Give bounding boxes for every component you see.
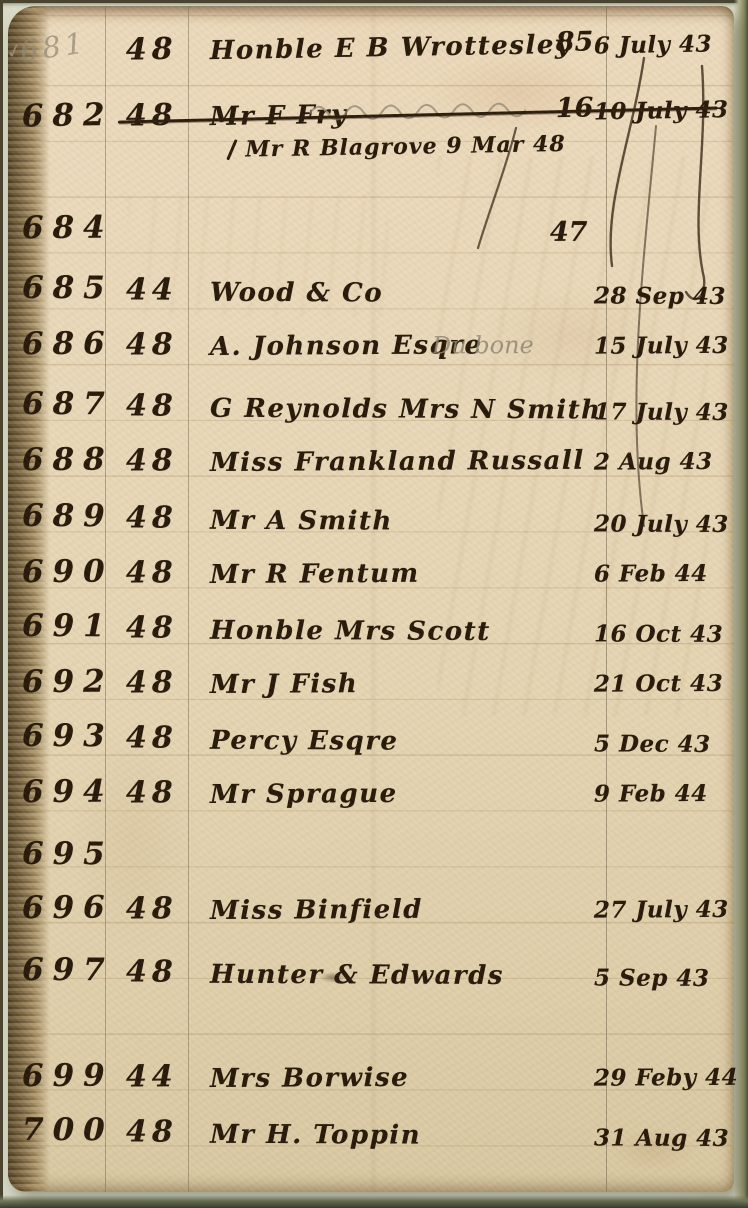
entry-date: 27 July 43: [594, 896, 729, 924]
client-name: Hunter & Edwards: [210, 960, 504, 991]
entry-date: 16 Oct 43: [594, 620, 723, 648]
entry-date: 15 July 43: [594, 332, 729, 360]
fee-value: 48: [126, 775, 178, 810]
entry-number: 687: [22, 386, 114, 422]
entry-number: 693: [22, 718, 114, 754]
pencil-annotation: Du bone: [432, 331, 534, 360]
fee-value: 48: [126, 443, 178, 478]
ledger-row: 69248Mr J Fish21 Oct 43: [8, 660, 732, 722]
fee-value: 48: [126, 327, 178, 362]
fee-value: 48: [126, 555, 178, 590]
client-name: Mr Sprague: [210, 779, 398, 810]
entry-date: 6 July 43: [594, 30, 713, 59]
amount-value: 85: [555, 26, 593, 58]
ledger-row: 70048Mr H. Toppin31 Aug 43: [8, 1112, 732, 1173]
entry-date: 9 Feb 44: [594, 780, 708, 808]
client-name: G Reynolds Mrs N Smith: [210, 394, 602, 426]
entry-number: 682: [21, 97, 113, 135]
entry-number: 692: [22, 664, 114, 701]
ledger-row: 69048Mr R Fentum6 Feb 44: [8, 550, 732, 612]
fee-value: 48: [126, 891, 178, 926]
client-name: Percy Esqre: [210, 726, 399, 757]
fee-value: 48: [126, 610, 178, 645]
entry-date: 28 Sep 43: [594, 282, 726, 310]
entry-number: 685: [22, 270, 114, 306]
entry-date: 6 Feb 44: [594, 560, 708, 588]
client-name: Honble E B Wrottesley: [210, 30, 572, 66]
entry-date: 21 Oct 43: [594, 670, 723, 698]
inserted-entry: Mr R Blagrove 9 Mar 48: [230, 131, 566, 163]
ledger-row: 68447: [8, 206, 732, 268]
ledger-row: ✓68148Honble E B Wrottesley856 July 43: [7, 20, 732, 91]
photo-bottom-edge: [0, 1195, 748, 1208]
photo-right-edge: [734, 0, 748, 1208]
entry-number: 690: [22, 554, 114, 591]
entry-number: 700: [22, 1112, 114, 1148]
entry-date: 29 Feby 44: [594, 1064, 738, 1092]
ledger-row: 68848Miss Frankland Russall2 Aug 43: [8, 438, 732, 500]
entry-date: 5 Sep 43: [594, 964, 709, 992]
fee-value: 48: [126, 500, 178, 535]
client-name: Wood & Co: [210, 278, 383, 309]
fee-value: 48: [126, 954, 178, 989]
ledger-page: ✓68148Honble E B Wrottesley856 July 4368…: [8, 6, 734, 1192]
ledger-row: 69648Miss Binfield27 July 43: [8, 886, 732, 948]
client-name: Mr R Fentum: [210, 559, 420, 590]
entry-date: 31 Aug 43: [594, 1124, 729, 1152]
pencil-scribble: [308, 93, 540, 123]
entry-number: 697: [22, 952, 114, 988]
entry-date: 20 July 43: [594, 510, 729, 538]
amount-note: 47: [550, 217, 588, 248]
entry-number: 688: [22, 442, 114, 479]
fee-value: 44: [126, 1059, 178, 1094]
fee-value: 48: [126, 720, 178, 755]
insertion-caret: [226, 139, 237, 160]
entry-number: 696: [22, 890, 114, 927]
client-name: Mrs Borwise: [210, 1063, 409, 1094]
ledger-row: 69748Hunter & Edwards5 Sep 43: [8, 952, 732, 1013]
entry-number: 699: [22, 1058, 114, 1095]
fee-value: 48: [126, 1114, 178, 1149]
entry-number: 691: [22, 608, 114, 644]
ledger-row: 69448Mr Sprague9 Feb 44: [8, 770, 732, 832]
client-name: Honble Mrs Scott: [210, 616, 491, 647]
client-name: Miss Frankland Russall: [210, 446, 585, 478]
client-name: Mr H. Toppin: [210, 1120, 421, 1151]
entry-number: 694: [22, 774, 114, 811]
entry-number: 686: [22, 326, 114, 363]
fee-value: 48: [126, 98, 178, 134]
ledger-row: 69944Mrs Borwise29 Feby 44: [8, 1054, 732, 1116]
entry-number: 684: [22, 210, 114, 247]
ledger-photo: ✓68148Honble E B Wrottesley856 July 4368…: [0, 0, 748, 1208]
fee-value: 48: [126, 32, 178, 68]
entry-number: 695: [22, 836, 114, 872]
fee-value: 48: [126, 665, 178, 700]
fee-value: 48: [126, 388, 178, 423]
entry-date: 5 Dec 43: [594, 730, 711, 758]
fee-value: 44: [126, 272, 178, 307]
client-name: Miss Binfield: [210, 895, 423, 926]
entry-date: 2 Aug 43: [594, 448, 713, 476]
ledger-row: 68648A. Johnson EsqreDu bone15 July 43: [8, 322, 732, 384]
entry-number-pencil: 681: [18, 25, 89, 68]
entry-number: 689: [22, 498, 114, 534]
client-name: Mr J Fish: [210, 669, 358, 700]
entry-date: 17 July 43: [594, 398, 729, 426]
ledger-row: 68248Mr F Fry1610 July 43Mr R Blagrove 9…: [7, 86, 732, 157]
client-name: Mr A Smith: [210, 506, 393, 537]
amount-value: 16: [555, 92, 593, 124]
